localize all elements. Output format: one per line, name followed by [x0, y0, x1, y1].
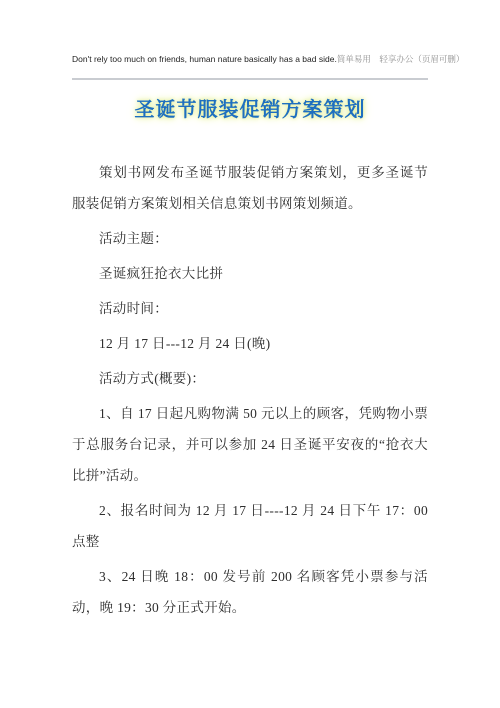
paragraph-7: 1、自 17 日起凡购物满 50 元以上的顾客，凭购物小票于总服务台记录，并可以…	[72, 398, 428, 491]
paragraph-4: 活动时间：	[72, 293, 428, 324]
document-title: 圣诞节服装促销方案策划	[72, 93, 428, 127]
paragraph-8: 2、报名时间为 12 月 17 日----12 月 24 日下午 17：00 点…	[72, 495, 428, 557]
paragraph-1: 策划书网发布圣诞节服装促销方案策划，更多圣诞节服装促销方案策划相关信息策划书网策…	[72, 157, 428, 219]
paragraph-9: 3、24 日晚 18：00 发号前 200 名顾客凭小票参与活动，晚 19：30…	[72, 561, 428, 623]
header-divider	[72, 78, 428, 80]
paragraph-6: 活动方式(概要)：	[72, 363, 428, 394]
paragraph-5: 12 月 17 日---12 月 24 日(晚)	[72, 328, 428, 359]
header-motto-text: Don't rely too much on friends, human na…	[72, 54, 337, 64]
header-watermark-text: 简单易用 轻享办公（页眉可删）	[337, 54, 465, 64]
paragraph-2: 活动主题：	[72, 223, 428, 254]
document-page: Don't rely too much on friends, human na…	[0, 0, 500, 708]
paragraph-3: 圣诞疯狂抢衣大比拼	[72, 258, 428, 289]
document-body: 策划书网发布圣诞节服装促销方案策划，更多圣诞节服装促销方案策划相关信息策划书网策…	[72, 157, 428, 623]
page-header: Don't rely too much on friends, human na…	[72, 54, 428, 65]
